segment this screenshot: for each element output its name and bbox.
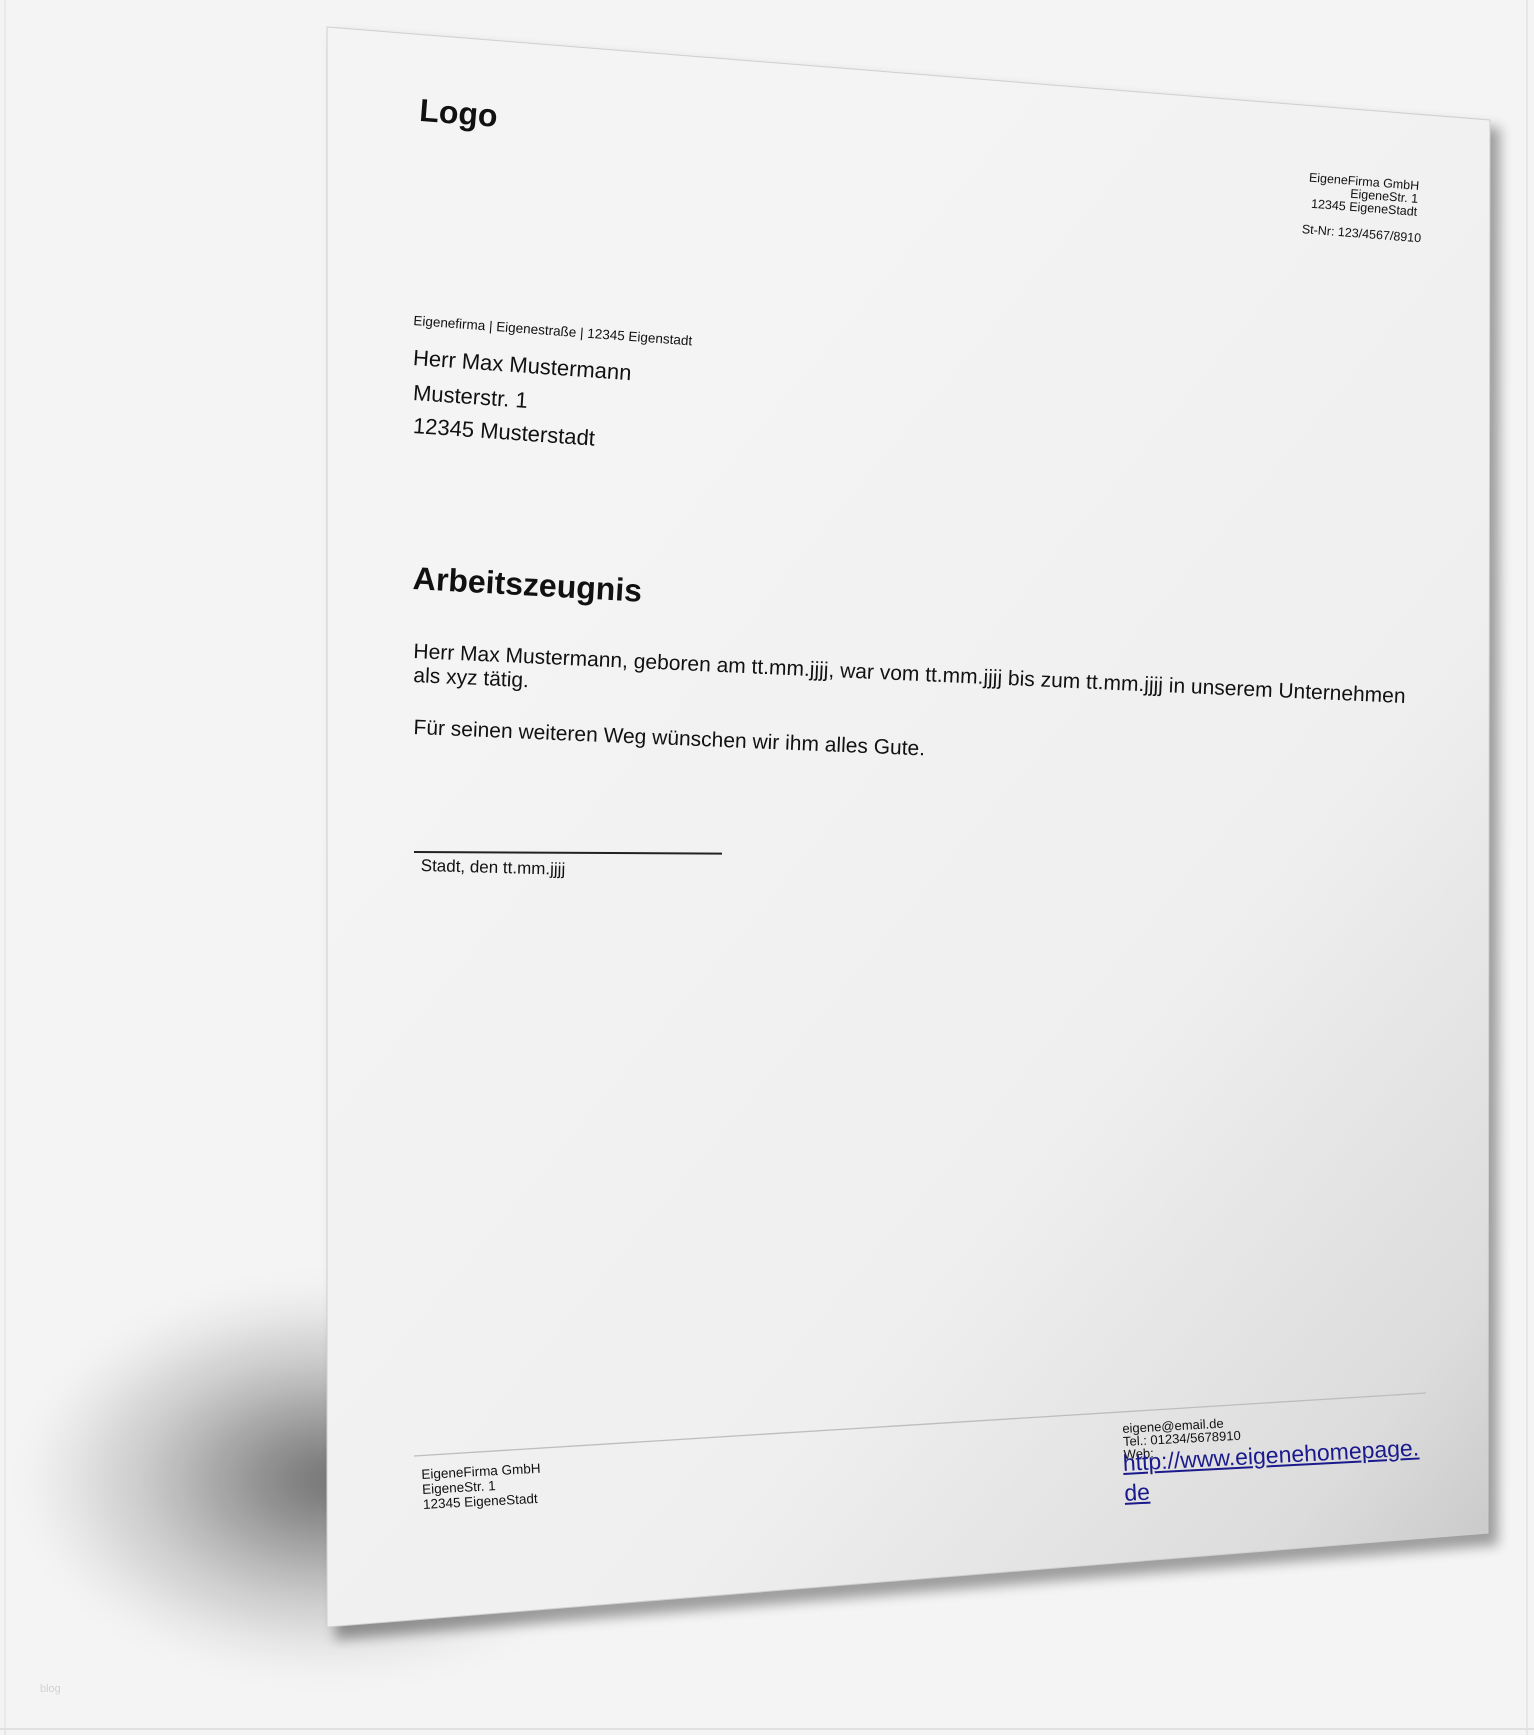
sender-tax-number: St-Nr: 123/4567/8910 bbox=[1299, 222, 1422, 245]
document-content: Logo EigeneFirma GmbH EigeneStr. 1 12345… bbox=[0, 0, 1534, 1735]
body-text-line-1: Herr Max Mustermann, geboren am tt.mm.jj… bbox=[413, 640, 1406, 709]
body-text-line-2: als xyz tätig. bbox=[413, 664, 530, 693]
recipient-street: Musterstr. 1 bbox=[412, 380, 528, 414]
watermark-text: blog bbox=[40, 1683, 61, 1695]
return-address-line: Eigenefirma | Eigenestraße | 12345 Eigen… bbox=[413, 313, 693, 348]
recipient-city: 12345 Musterstadt bbox=[412, 413, 596, 452]
signature-caption: Stadt, den tt.mm.jjjj bbox=[420, 856, 565, 880]
logo-placeholder: Logo bbox=[418, 92, 499, 135]
document-title: Arbeitszeugnis bbox=[412, 560, 643, 610]
sender-address: EigeneFirma GmbH EigeneStr. 1 12345 Eige… bbox=[1287, 170, 1420, 219]
closing-sentence: Für seinen weiteren Weg wünschen wir ihm… bbox=[413, 716, 926, 761]
footer-address: EigeneFirma GmbH EigeneStr. 1 12345 Eige… bbox=[421, 1461, 542, 1512]
recipient-name: Herr Max Mustermann bbox=[412, 345, 632, 386]
signature-line bbox=[414, 851, 722, 855]
